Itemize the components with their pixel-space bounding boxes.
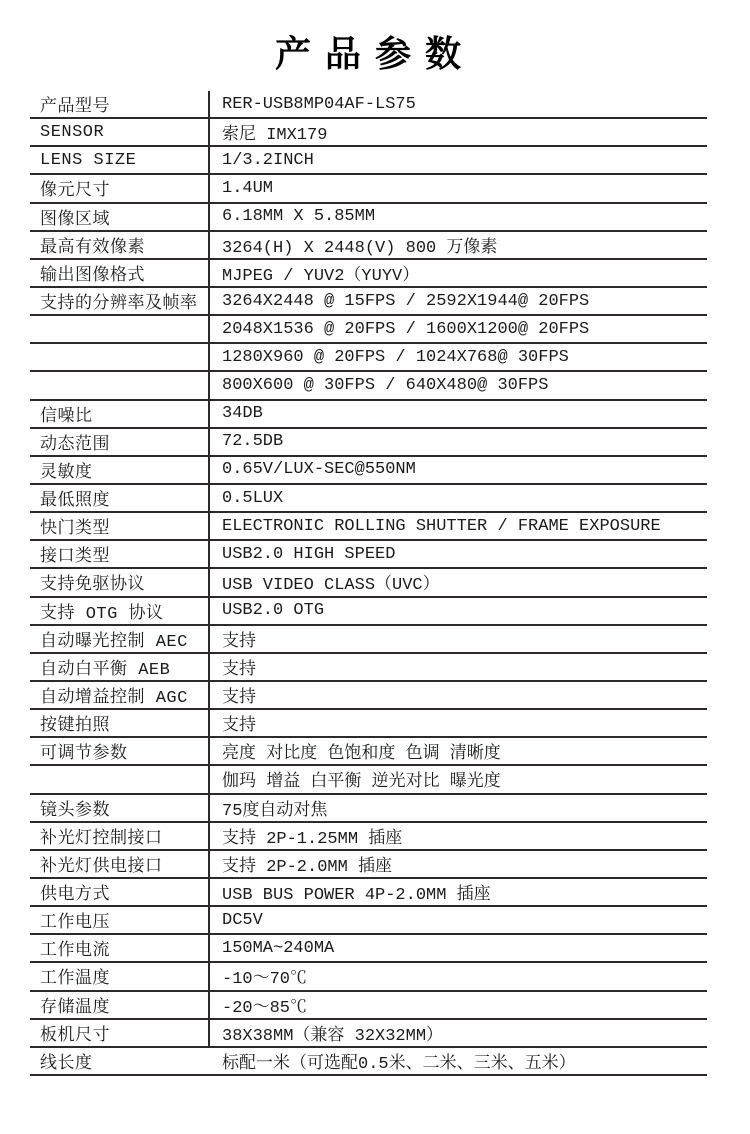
table-row: 输出图像格式MJPEG / YUV2（YUYV） <box>30 260 707 288</box>
row-value: 3264X2448 @ 15FPS / 2592X1944@ 20FPS <box>210 288 707 314</box>
row-label: 最低照度 <box>30 485 210 511</box>
table-row: 信噪比34DB <box>30 401 707 429</box>
table-row: 自动增益控制 AGC支持 <box>30 682 707 710</box>
table-row: 自动曝光控制 AEC支持 <box>30 626 707 654</box>
table-row: 工作电压DC5V <box>30 907 707 935</box>
row-label <box>30 316 210 342</box>
row-label: 可调节参数 <box>30 738 210 764</box>
row-value: ELECTRONIC ROLLING SHUTTER / FRAME EXPOS… <box>210 513 707 539</box>
row-label: 镜头参数 <box>30 795 210 821</box>
table-row: 支持免驱协议USB VIDEO CLASS（UVC） <box>30 569 707 597</box>
row-value: 800X600 @ 30FPS / 640X480@ 30FPS <box>210 372 707 398</box>
row-label: 快门类型 <box>30 513 210 539</box>
table-row: 接口类型USB2.0 HIGH SPEED <box>30 541 707 569</box>
row-value: 支持 <box>210 626 707 652</box>
row-value: 支持 2P-2.0MM 插座 <box>210 851 707 877</box>
row-value: 支持 <box>210 682 707 708</box>
row-label: 自动曝光控制 AEC <box>30 626 210 652</box>
row-label: LENS SIZE <box>30 147 210 173</box>
table-row: 动态范围72.5DB <box>30 429 707 457</box>
row-value: USB2.0 HIGH SPEED <box>210 541 707 567</box>
row-value: 索尼 IMX179 <box>210 119 707 145</box>
table-row: 1280X960 @ 20FPS / 1024X768@ 30FPS <box>30 344 707 372</box>
row-value: 亮度 对比度 色饱和度 色调 清晰度 <box>210 738 707 764</box>
row-value: 2048X1536 @ 20FPS / 1600X1200@ 20FPS <box>210 316 707 342</box>
row-value: 支持 <box>210 654 707 680</box>
table-row: 2048X1536 @ 20FPS / 1600X1200@ 20FPS <box>30 316 707 344</box>
row-label: 供电方式 <box>30 879 210 905</box>
table-row: 供电方式USB BUS POWER 4P-2.0MM 插座 <box>30 879 707 907</box>
row-value: 75度自动对焦 <box>210 795 707 821</box>
row-label: 工作温度 <box>30 963 210 989</box>
row-label: 像元尺寸 <box>30 175 210 201</box>
row-value: -10～70℃ <box>210 963 707 989</box>
row-label: 信噪比 <box>30 401 210 427</box>
row-value: 38X38MM（兼容 32X32MM） <box>210 1020 707 1046</box>
table-row: 补光灯控制接口支持 2P-1.25MM 插座 <box>30 823 707 851</box>
table-row: 图像区域6.18MM X 5.85MM <box>30 204 707 232</box>
table-row: 像元尺寸1.4UM <box>30 175 707 203</box>
table-row: 工作电流150MA~240MA <box>30 935 707 963</box>
table-row: SENSOR索尼 IMX179 <box>30 119 707 147</box>
row-label: 按键拍照 <box>30 710 210 736</box>
row-label: 自动增益控制 AGC <box>30 682 210 708</box>
row-value: -20～85℃ <box>210 992 707 1018</box>
table-row: 支持 OTG 协议USB2.0 OTG <box>30 598 707 626</box>
table-row: 灵敏度0.65V/LUX-SEC@550NM <box>30 457 707 485</box>
table-row: 快门类型ELECTRONIC ROLLING SHUTTER / FRAME E… <box>30 513 707 541</box>
table-row: 补光灯供电接口支持 2P-2.0MM 插座 <box>30 851 707 879</box>
row-label <box>30 766 210 792</box>
row-label: 存储温度 <box>30 992 210 1018</box>
row-label: 自动白平衡 AEB <box>30 654 210 680</box>
row-value: 伽玛 增益 白平衡 逆光对比 曝光度 <box>210 766 707 792</box>
table-row: 线长度标配一米（可选配0.5米、二米、三米、五米） <box>30 1048 707 1076</box>
row-label: 支持 OTG 协议 <box>30 598 210 624</box>
table-row: 支持的分辨率及帧率3264X2448 @ 15FPS / 2592X1944@ … <box>30 288 707 316</box>
row-label: 线长度 <box>30 1048 210 1074</box>
table-row: 800X600 @ 30FPS / 640X480@ 30FPS <box>30 372 707 400</box>
row-value: RER-USB8MP04AF-LS75 <box>210 91 707 117</box>
row-label: 补光灯供电接口 <box>30 851 210 877</box>
row-value: MJPEG / YUV2（YUYV） <box>210 260 707 286</box>
table-row: 存储温度-20～85℃ <box>30 992 707 1020</box>
row-value: USB BUS POWER 4P-2.0MM 插座 <box>210 879 707 905</box>
spec-table: 产品型号RER-USB8MP04AF-LS75SENSOR索尼 IMX179LE… <box>30 91 707 1076</box>
row-label: 板机尺寸 <box>30 1020 210 1046</box>
row-value: 支持 <box>210 710 707 736</box>
row-label: 输出图像格式 <box>30 260 210 286</box>
table-row: 按键拍照支持 <box>30 710 707 738</box>
row-value: USB VIDEO CLASS（UVC） <box>210 569 707 595</box>
row-value: 1.4UM <box>210 175 707 201</box>
row-label: SENSOR <box>30 119 210 145</box>
table-row: 可调节参数亮度 对比度 色饱和度 色调 清晰度 <box>30 738 707 766</box>
row-label <box>30 344 210 370</box>
row-value: 34DB <box>210 401 707 427</box>
table-row: LENS SIZE1/3.2INCH <box>30 147 707 175</box>
table-row: 最高有效像素3264(H) X 2448(V) 800 万像素 <box>30 232 707 260</box>
row-label: 补光灯控制接口 <box>30 823 210 849</box>
row-label: 支持的分辨率及帧率 <box>30 288 210 314</box>
row-label: 最高有效像素 <box>30 232 210 258</box>
row-value: 支持 2P-1.25MM 插座 <box>210 823 707 849</box>
row-label: 工作电压 <box>30 907 210 933</box>
row-value: 1/3.2INCH <box>210 147 707 173</box>
row-label: 支持免驱协议 <box>30 569 210 595</box>
row-label <box>30 372 210 398</box>
table-row: 镜头参数75度自动对焦 <box>30 795 707 823</box>
row-value: 标配一米（可选配0.5米、二米、三米、五米） <box>210 1048 707 1074</box>
row-label: 产品型号 <box>30 91 210 117</box>
row-value: 3264(H) X 2448(V) 800 万像素 <box>210 232 707 258</box>
row-value: 0.5LUX <box>210 485 707 511</box>
row-label: 动态范围 <box>30 429 210 455</box>
row-value: USB2.0 OTG <box>210 598 707 624</box>
table-row: 工作温度-10～70℃ <box>30 963 707 991</box>
table-row: 自动白平衡 AEB支持 <box>30 654 707 682</box>
row-value: 0.65V/LUX-SEC@550NM <box>210 457 707 483</box>
table-row: 板机尺寸38X38MM（兼容 32X32MM） <box>30 1020 707 1048</box>
table-row: 产品型号RER-USB8MP04AF-LS75 <box>30 91 707 119</box>
table-row: 最低照度0.5LUX <box>30 485 707 513</box>
row-value: DC5V <box>210 907 707 933</box>
row-value: 1280X960 @ 20FPS / 1024X768@ 30FPS <box>210 344 707 370</box>
table-row: 伽玛 增益 白平衡 逆光对比 曝光度 <box>30 766 707 794</box>
row-value: 72.5DB <box>210 429 707 455</box>
row-label: 灵敏度 <box>30 457 210 483</box>
row-label: 工作电流 <box>30 935 210 961</box>
row-value: 150MA~240MA <box>210 935 707 961</box>
row-label: 图像区域 <box>30 204 210 230</box>
row-value: 6.18MM X 5.85MM <box>210 204 707 230</box>
page-title: 产品参数 <box>0 26 750 77</box>
row-label: 接口类型 <box>30 541 210 567</box>
